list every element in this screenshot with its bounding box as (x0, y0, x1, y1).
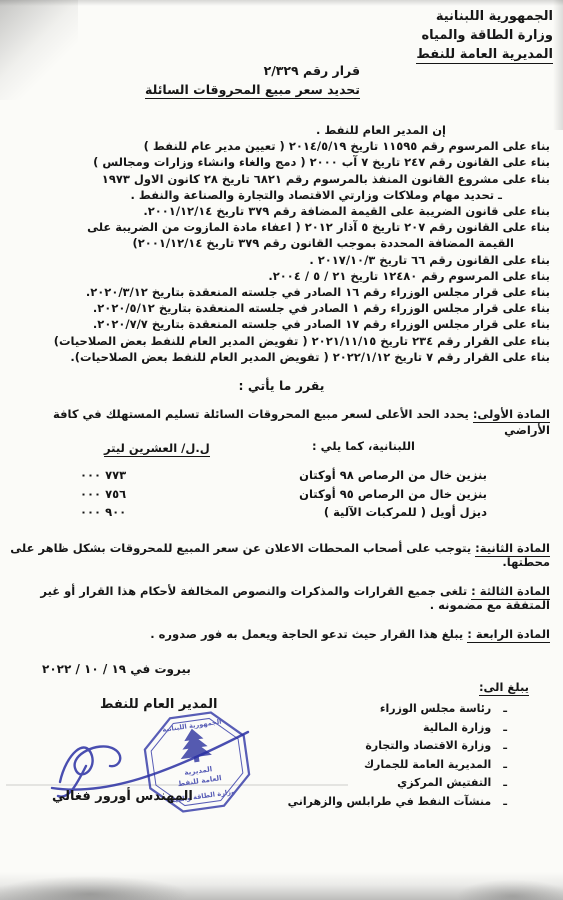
signature-stroke (60, 746, 120, 782)
fuel-name: بنزين خال من الرصاص ٩٥ أوكتان (299, 487, 487, 501)
preamble-clause: بناء على قرار مجلس الوزراء رقم ١ الصادر … (8, 300, 550, 316)
article-one-line1: المادة الأولى: يحدد الحد الأعلى لسعر مبي… (12, 406, 550, 438)
preamble-clause: بناء على قرار مجلس الوزراء رقم ١٦ الصادر… (8, 284, 550, 300)
article-three: المادة الثالثة : تلغى جميع القرارات والم… (6, 584, 550, 612)
letterhead: الجمهورية اللبنانية وزارة الطاقة والمياه… (416, 7, 553, 64)
decree-phrase: يقرر ما يأتي : (0, 378, 563, 393)
distribution-item: ـوزارة الاقتصاد والتجارة (288, 740, 507, 752)
preamble-clause: بناء على القانون رقم ٦٦ تاريخ ٢٠١٧/١٠/٣ … (8, 252, 550, 268)
price-table: بنزين خال من الرصاص ٩٨ أوكتان ٧٧٣ ٠٠٠ بن… (80, 468, 487, 524)
distribution-item: ـوزارة المالية (288, 722, 507, 734)
article-two: المادة الثانية: يتوجب على أصحاب المحطات … (6, 541, 550, 569)
decision-subject: تحديد سعر مبيع المحروقات السائلة (145, 80, 360, 99)
distribution-item: ـالمديرية العامة للجمارك (288, 759, 507, 771)
preamble-clause: بناء على القرار رقم ٧ تاريخ ٢٠٢٢/١/١٢ ( … (8, 349, 550, 365)
fuel-row: بنزين خال من الرصاص ٩٥ أوكتان ٧٥٦ ٠٠٠ (80, 487, 487, 501)
articles-block: المادة الثانية: يتوجب على أصحاب المحطات … (6, 541, 550, 656)
fuel-name: بنزين خال من الرصاص ٩٨ أوكتان (299, 468, 487, 482)
fuel-row: ديزل أويل ( للمركبات الآلية ) ٩٠٠ ٠٠٠ (80, 505, 487, 519)
scan-artifact-bottom-edge (0, 872, 563, 900)
fuel-price: ٧٧٣ ٠٠٠ (80, 468, 180, 482)
dash-bullet: ـ (503, 722, 507, 734)
fuel-row: بنزين خال من الرصاص ٩٨ أوكتان ٧٧٣ ٠٠٠ (80, 468, 487, 482)
distribution-item: ـمنشآت النفط في طرابلس والزهراني (288, 796, 507, 808)
preamble-clause: بناء على المرسوم رقم ١١٥٩٥ تاريخ ٢٠١٤/٥/… (8, 138, 550, 154)
preamble-clause: بناء على المرسوم رقم ١٢٤٨٠ تاريخ ٢١ / ٥ … (8, 268, 550, 284)
ministry-name: وزارة الطاقة والمياه (416, 26, 553, 45)
issue-place-date: بيروت في ١٩ / ١٠ / ٢٠٢٢ (42, 662, 191, 676)
article-one: المادة الأولى: يحدد الحد الأعلى لسعر مبي… (12, 406, 550, 454)
fuel-price: ٩٠٠ ٠٠٠ (80, 505, 180, 519)
signatory-name: المهندس أورور فغالي (52, 789, 193, 804)
scan-artifact-top-edge (0, 0, 563, 6)
preamble-clause: ـ تحديد مهام وملاكات وزارتي الاقتصاد وال… (8, 187, 550, 203)
distribution-heading: يبلغ الى: (479, 680, 529, 694)
preamble-clause: بناء على القانون رقم ٢٠٧ تاريخ ٥ آذار ٢٠… (8, 219, 550, 235)
scan-artifact-corner (0, 0, 78, 100)
preamble: إن المدير العام للنفط . بناء على المرسوم… (8, 122, 550, 365)
scanned-decree-page: الجمهورية اللبنانية وزارة الطاقة والمياه… (0, 0, 563, 900)
scan-artifact-right-edge (553, 0, 563, 130)
preamble-clause: القيمة المضافة المحددة بموجب القانون رقم… (8, 235, 550, 251)
preamble-intro: إن المدير العام للنفط . (8, 122, 550, 138)
price-unit-header: ل.ل/ العشرين ليتر (104, 441, 210, 455)
decision-title-block: قرار رقم ٢/٣٢٩ تحديد سعر مبيع المحروقات … (145, 61, 360, 99)
directorate-name: المديرية العامة للنفط (416, 45, 553, 64)
dash-bullet: ـ (503, 777, 507, 789)
scan-artifact-smudge (443, 856, 563, 900)
scan-artifact-smudge (0, 854, 240, 900)
preamble-clause: بناء على القانون رقم ٢٤٧ تاريخ ٧ آب ٢٠٠٠… (8, 154, 550, 170)
article-one-label: المادة الأولى: (473, 407, 550, 423)
preamble-clause: بناء على القرار رقم ٢٣٤ تاريخ ٢٠٢١/١١/١٥… (8, 333, 550, 349)
article-four: المادة الرابعة : يبلغ هذا القرار حيث تدع… (6, 627, 550, 641)
dash-bullet: ـ (503, 759, 507, 771)
dash-bullet: ـ (503, 703, 507, 715)
preamble-clause: بناء على قرار مجلس الوزراء رقم ١٧ الصادر… (8, 316, 550, 332)
preamble-clause: بناء على مشروع القانون المنفذ بالمرسوم ر… (8, 171, 550, 187)
article-four-label: المادة الرابعة : (467, 627, 550, 643)
dash-bullet: ـ (503, 796, 507, 808)
dash-bullet: ـ (503, 740, 507, 752)
republic-name: الجمهورية اللبنانية (416, 7, 553, 26)
distribution-item: ـالتفتيش المركزي (288, 777, 507, 789)
article-one-line2: اللبنانية، كما يلي : (12, 438, 550, 454)
signature-stroke (52, 732, 248, 790)
distribution-list: ـرئاسة مجلس الوزراء ـوزارة المالية ـوزار… (288, 703, 507, 814)
fuel-price: ٧٥٦ ٠٠٠ (80, 487, 180, 501)
decision-number: قرار رقم ٢/٣٢٩ (145, 61, 360, 80)
distribution-item: ـرئاسة مجلس الوزراء (288, 703, 507, 715)
fuel-name: ديزل أويل ( للمركبات الآلية ) (324, 505, 487, 519)
preamble-clause: بناء على قانون الضريبة على القيمة المضاف… (8, 203, 550, 219)
